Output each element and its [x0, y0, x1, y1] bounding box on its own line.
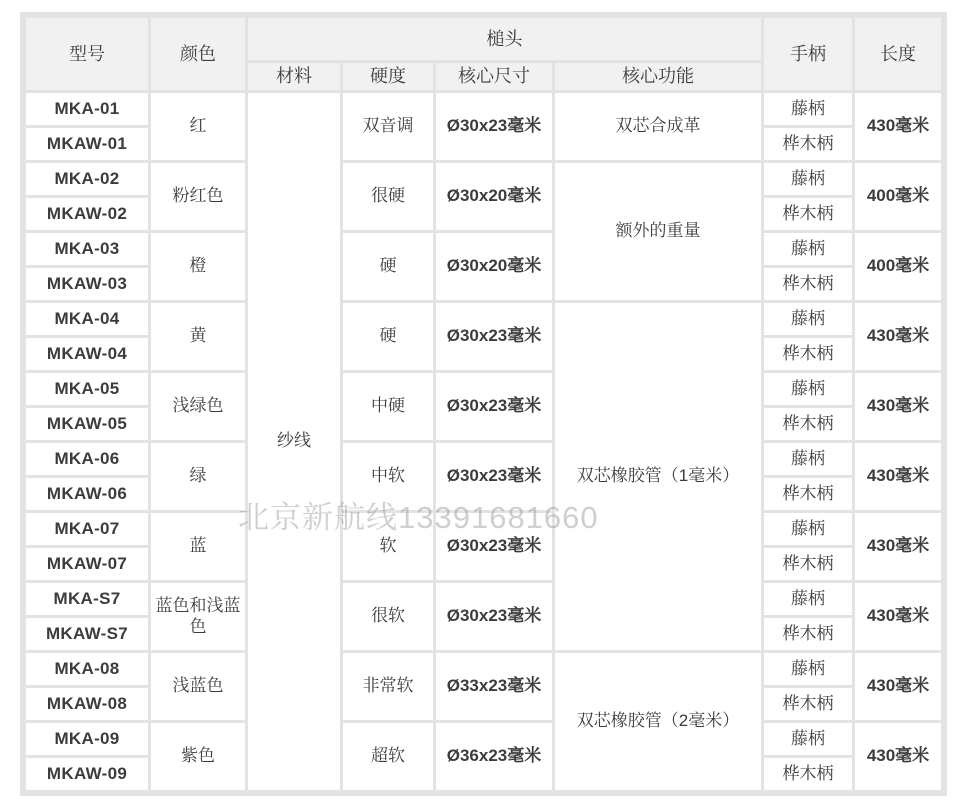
hardness-cell: 中软 [343, 443, 433, 510]
hardness-cell: 超软 [343, 723, 433, 790]
length-cell: 430毫米 [855, 373, 941, 440]
core-function-cell: 双芯橡胶管（1毫米） [555, 303, 761, 650]
color-cell: 浅蓝色 [151, 653, 245, 720]
handle-cell: 藤柄 [764, 723, 852, 755]
material-cell: 纱线 [248, 93, 340, 790]
model-cell: MKA-05 [26, 373, 148, 405]
core-size-cell: Ø30x23毫米 [436, 513, 552, 580]
handle-cell: 桦木柄 [764, 128, 852, 160]
length-cell: 430毫米 [855, 303, 941, 370]
core-size-cell: Ø30x23毫米 [436, 373, 552, 440]
table-row: MKA-S7 蓝色和浅蓝色 很软 Ø30x23毫米 藤柄 430毫米 [26, 583, 941, 615]
handle-cell: 藤柄 [764, 443, 852, 475]
length-cell: 430毫米 [855, 443, 941, 510]
handle-cell: 桦木柄 [764, 268, 852, 300]
hardness-cell: 软 [343, 513, 433, 580]
header-core-function: 核心功能 [555, 63, 761, 90]
table-row: MKA-04 黄 硬 Ø30x23毫米 双芯橡胶管（1毫米） 藤柄 430毫米 [26, 303, 941, 335]
table-row: MKA-02 粉红色 很硬 Ø30x20毫米 额外的重量 藤柄 400毫米 [26, 163, 941, 195]
core-function-cell: 双芯合成革 [555, 93, 761, 160]
color-cell: 浅绿色 [151, 373, 245, 440]
core-size-cell: Ø30x20毫米 [436, 233, 552, 300]
core-function-cell: 双芯橡胶管（2毫米） [555, 653, 761, 790]
color-cell: 蓝色和浅蓝色 [151, 583, 245, 650]
handle-cell: 藤柄 [764, 163, 852, 195]
core-size-cell: Ø30x23毫米 [436, 443, 552, 510]
hardness-cell: 很硬 [343, 163, 433, 230]
model-cell: MKAW-05 [26, 408, 148, 440]
handle-cell: 藤柄 [764, 583, 852, 615]
product-spec-table: 型号 颜色 槌头 手柄 长度 材料 硬度 核心尺寸 核心功能 MKA-01 红 … [23, 15, 944, 793]
length-cell: 430毫米 [855, 93, 941, 160]
page: 北京新航线13391681660 型号 颜色 槌头 手柄 长度 材料 硬度 核心… [0, 0, 967, 806]
header-color: 颜色 [151, 18, 245, 90]
header-hardness: 硬度 [343, 63, 433, 90]
model-cell: MKAW-S7 [26, 618, 148, 650]
handle-cell: 藤柄 [764, 303, 852, 335]
model-cell: MKA-S7 [26, 583, 148, 615]
color-cell: 绿 [151, 443, 245, 510]
hardness-cell: 硬 [343, 233, 433, 300]
color-cell: 蓝 [151, 513, 245, 580]
model-cell: MKAW-03 [26, 268, 148, 300]
table-row: MKA-05 浅绿色 中硬 Ø30x23毫米 藤柄 430毫米 [26, 373, 941, 405]
core-size-cell: Ø30x23毫米 [436, 303, 552, 370]
core-size-cell: Ø30x23毫米 [436, 93, 552, 160]
core-size-cell: Ø36x23毫米 [436, 723, 552, 790]
header-row-1: 型号 颜色 槌头 手柄 长度 [26, 18, 941, 60]
color-cell: 粉红色 [151, 163, 245, 230]
color-cell: 橙 [151, 233, 245, 300]
hardness-cell: 双音调 [343, 93, 433, 160]
header-length: 长度 [855, 18, 941, 90]
table-row: MKA-01 红 纱线 双音调 Ø30x23毫米 双芯合成革 藤柄 430毫米 [26, 93, 941, 125]
header-mallet-head-group: 槌头 [248, 18, 761, 60]
header-core-size: 核心尺寸 [436, 63, 552, 90]
handle-cell: 藤柄 [764, 233, 852, 265]
handle-cell: 桦木柄 [764, 478, 852, 510]
table-row: MKA-08 浅蓝色 非常软 Ø33x23毫米 双芯橡胶管（2毫米） 藤柄 43… [26, 653, 941, 685]
handle-cell: 桦木柄 [764, 198, 852, 230]
model-cell: MKA-08 [26, 653, 148, 685]
model-cell: MKAW-07 [26, 548, 148, 580]
length-cell: 430毫米 [855, 513, 941, 580]
model-cell: MKA-07 [26, 513, 148, 545]
model-cell: MKAW-06 [26, 478, 148, 510]
hardness-cell: 硬 [343, 303, 433, 370]
table-row: MKA-09 紫色 超软 Ø36x23毫米 藤柄 430毫米 [26, 723, 941, 755]
model-cell: MKAW-02 [26, 198, 148, 230]
color-cell: 黄 [151, 303, 245, 370]
model-cell: MKA-04 [26, 303, 148, 335]
length-cell: 400毫米 [855, 163, 941, 230]
table-row: MKA-06 绿 中软 Ø30x23毫米 藤柄 430毫米 [26, 443, 941, 475]
hardness-cell: 非常软 [343, 653, 433, 720]
spec-table-wrapper: 型号 颜色 槌头 手柄 长度 材料 硬度 核心尺寸 核心功能 MKA-01 红 … [20, 12, 947, 796]
handle-cell: 藤柄 [764, 93, 852, 125]
handle-cell: 桦木柄 [764, 758, 852, 790]
color-cell: 紫色 [151, 723, 245, 790]
model-cell: MKA-02 [26, 163, 148, 195]
length-cell: 400毫米 [855, 233, 941, 300]
model-cell: MKA-01 [26, 93, 148, 125]
model-cell: MKA-06 [26, 443, 148, 475]
length-cell: 430毫米 [855, 723, 941, 790]
core-function-cell: 额外的重量 [555, 163, 761, 300]
core-size-cell: Ø30x23毫米 [436, 583, 552, 650]
model-cell: MKAW-01 [26, 128, 148, 160]
handle-cell: 藤柄 [764, 653, 852, 685]
hardness-cell: 很软 [343, 583, 433, 650]
handle-cell: 藤柄 [764, 373, 852, 405]
handle-cell: 藤柄 [764, 513, 852, 545]
color-cell: 红 [151, 93, 245, 160]
model-cell: MKA-09 [26, 723, 148, 755]
handle-cell: 桦木柄 [764, 408, 852, 440]
header-model: 型号 [26, 18, 148, 90]
length-cell: 430毫米 [855, 583, 941, 650]
length-cell: 430毫米 [855, 653, 941, 720]
handle-cell: 桦木柄 [764, 338, 852, 370]
table-row: MKA-07 蓝 软 Ø30x23毫米 藤柄 430毫米 [26, 513, 941, 545]
hardness-cell: 中硬 [343, 373, 433, 440]
model-cell: MKAW-04 [26, 338, 148, 370]
model-cell: MKAW-09 [26, 758, 148, 790]
table-row: MKA-03 橙 硬 Ø30x20毫米 藤柄 400毫米 [26, 233, 941, 265]
core-size-cell: Ø33x23毫米 [436, 653, 552, 720]
handle-cell: 桦木柄 [764, 688, 852, 720]
handle-cell: 桦木柄 [764, 548, 852, 580]
model-cell: MKAW-08 [26, 688, 148, 720]
header-material: 材料 [248, 63, 340, 90]
handle-cell: 桦木柄 [764, 618, 852, 650]
model-cell: MKA-03 [26, 233, 148, 265]
core-size-cell: Ø30x20毫米 [436, 163, 552, 230]
header-handle: 手柄 [764, 18, 852, 90]
